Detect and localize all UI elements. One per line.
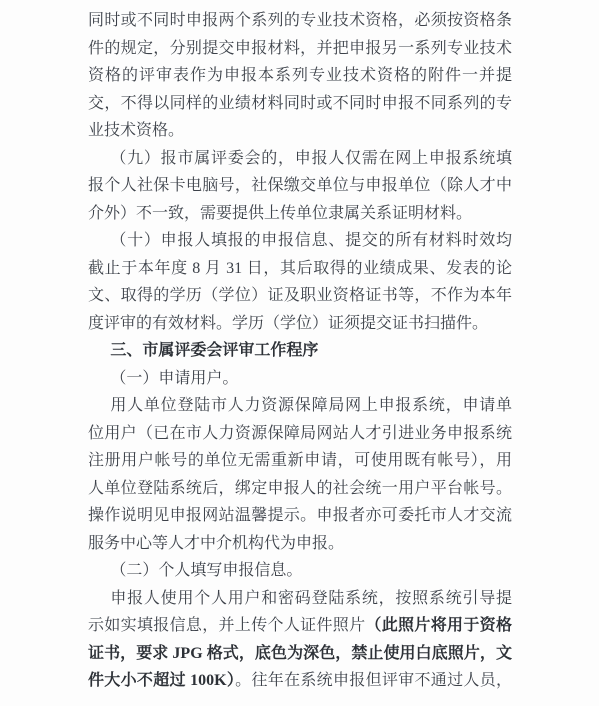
text-line: （九）报市属评委会的，申报人仅需在网上申报系统填 xyxy=(88,145,512,173)
text-segment: 同时或不同时申报两个系列的专业技术资格，必须按资格条 xyxy=(88,12,512,29)
text-line: 介外）不一致，需要提供上传单位隶属关系证明材料。 xyxy=(88,200,512,228)
text-segment: 申报人使用个人用户和密码登陆系统，按照系统引导提 xyxy=(110,590,512,607)
text-segment: 度评审的有效材料。学历（学位）证须提交证书扫描件。 xyxy=(88,315,488,332)
text-line: （十）申报人填报的申报信息、提交的所有材料时效均 xyxy=(88,227,512,255)
text-segment: 截止于本年度 8 月 31 日，其后取得的业绩成果、发表的论 xyxy=(88,260,512,277)
text-line: 件的规定，分别提交申报材料，并把申报另一系列专业技术 xyxy=(88,35,512,63)
text-segment: （九）报市属评委会的，申报人仅需在网上申报系统填 xyxy=(110,150,512,167)
document-text: 同时或不同时申报两个系列的专业技术资格，必须按资格条件的规定，分别提交申报材料，… xyxy=(88,7,512,695)
text-segment: 报个人社保卡电脑号，社保缴交单位与申报单位（除人才中 xyxy=(88,177,512,194)
text-segment: 示如实填报信息，并上传个人证件照片 xyxy=(88,617,365,634)
text-line: 用人单位登陆市人力资源保障局网上申报系统，申请单 xyxy=(88,392,512,420)
text-segment: （一）申请用户。 xyxy=(110,370,238,387)
bold-text-segment: 三、市属评委会评审工作程序 xyxy=(110,342,318,359)
text-segment: 交，不得以同样的业绩材料同时或不同时申报不同系列的专 xyxy=(88,95,512,112)
text-segment: 介外）不一致，需要提供上传单位隶属关系证明材料。 xyxy=(88,205,472,222)
text-segment: （二）个人填写申报信息。 xyxy=(110,562,302,579)
text-line: 资格的评审表作为申报本系列专业技术资格的附件一并提 xyxy=(88,62,512,90)
text-line: 操作说明见申报网站温馨提示。申报者亦可委托市人才交流 xyxy=(88,502,512,530)
text-segment: （十）申报人填报的申报信息、提交的所有材料时效均 xyxy=(110,232,512,249)
text-line: 件大小不超过 100K）。往年在系统申报但评审不通过人员， xyxy=(88,667,512,695)
text-segment: 服务中心等人才中介机构代为申报。 xyxy=(88,535,344,552)
bold-text-segment: （此照片将用于资格 xyxy=(365,617,512,634)
text-segment: 用人单位登陆市人力资源保障局网上申报系统，申请单 xyxy=(110,397,512,414)
text-line: 交，不得以同样的业绩材料同时或不同时申报不同系列的专 xyxy=(88,90,512,118)
text-segment: 注册用户帐号的单位无需重新申请，可使用既有帐号），用 xyxy=(88,452,512,469)
text-line: 申报人使用个人用户和密码登陆系统，按照系统引导提 xyxy=(88,585,512,613)
text-segment: 。往年在系统申报但评审不通过人员， xyxy=(235,672,512,689)
text-line: 示如实填报信息，并上传个人证件照片（此照片将用于资格 xyxy=(88,612,512,640)
bold-text-segment: 件大小不超过 100K） xyxy=(88,672,235,689)
text-line: 文、取得的学历（学位）证及职业资格证书等，不作为本年 xyxy=(88,282,512,310)
document-page: 同时或不同时申报两个系列的专业技术资格，必须按资格条件的规定，分别提交申报材料，… xyxy=(0,0,599,706)
text-line: 度评审的有效材料。学历（学位）证须提交证书扫描件。 xyxy=(88,310,512,338)
text-segment: 位用户（已在市人力资源保障局网站人才引进业务申报系统 xyxy=(88,425,512,442)
text-segment: 资格的评审表作为申报本系列专业技术资格的附件一并提 xyxy=(88,67,512,84)
text-segment: 文、取得的学历（学位）证及职业资格证书等，不作为本年 xyxy=(88,287,512,304)
text-line: 三、市属评委会评审工作程序 xyxy=(88,337,512,365)
text-line: 报个人社保卡电脑号，社保缴交单位与申报单位（除人才中 xyxy=(88,172,512,200)
text-line: 位用户（已在市人力资源保障局网站人才引进业务申报系统 xyxy=(88,420,512,448)
text-line: 同时或不同时申报两个系列的专业技术资格，必须按资格条 xyxy=(88,7,512,35)
text-segment: 人单位登陆系统后，绑定申报人的社会统一用户平台帐号。 xyxy=(88,480,512,497)
text-line: （二）个人填写申报信息。 xyxy=(88,557,512,585)
text-line: 截止于本年度 8 月 31 日，其后取得的业绩成果、发表的论 xyxy=(88,255,512,283)
text-line: 注册用户帐号的单位无需重新申请，可使用既有帐号），用 xyxy=(88,447,512,475)
text-segment: 件的规定，分别提交申报材料，并把申报另一系列专业技术 xyxy=(88,40,512,57)
bold-text-segment: 证书，要求 JPG 格式，底色为深色，禁止使用白底照片，文 xyxy=(88,645,512,662)
text-segment: 业技术资格。 xyxy=(88,122,184,139)
text-line: 服务中心等人才中介机构代为申报。 xyxy=(88,530,512,558)
text-line: 人单位登陆系统后，绑定申报人的社会统一用户平台帐号。 xyxy=(88,475,512,503)
text-line: 业技术资格。 xyxy=(88,117,512,145)
text-line: （一）申请用户。 xyxy=(88,365,512,393)
text-line: 证书，要求 JPG 格式，底色为深色，禁止使用白底照片，文 xyxy=(88,640,512,668)
text-segment: 操作说明见申报网站温馨提示。申报者亦可委托市人才交流 xyxy=(88,507,512,524)
